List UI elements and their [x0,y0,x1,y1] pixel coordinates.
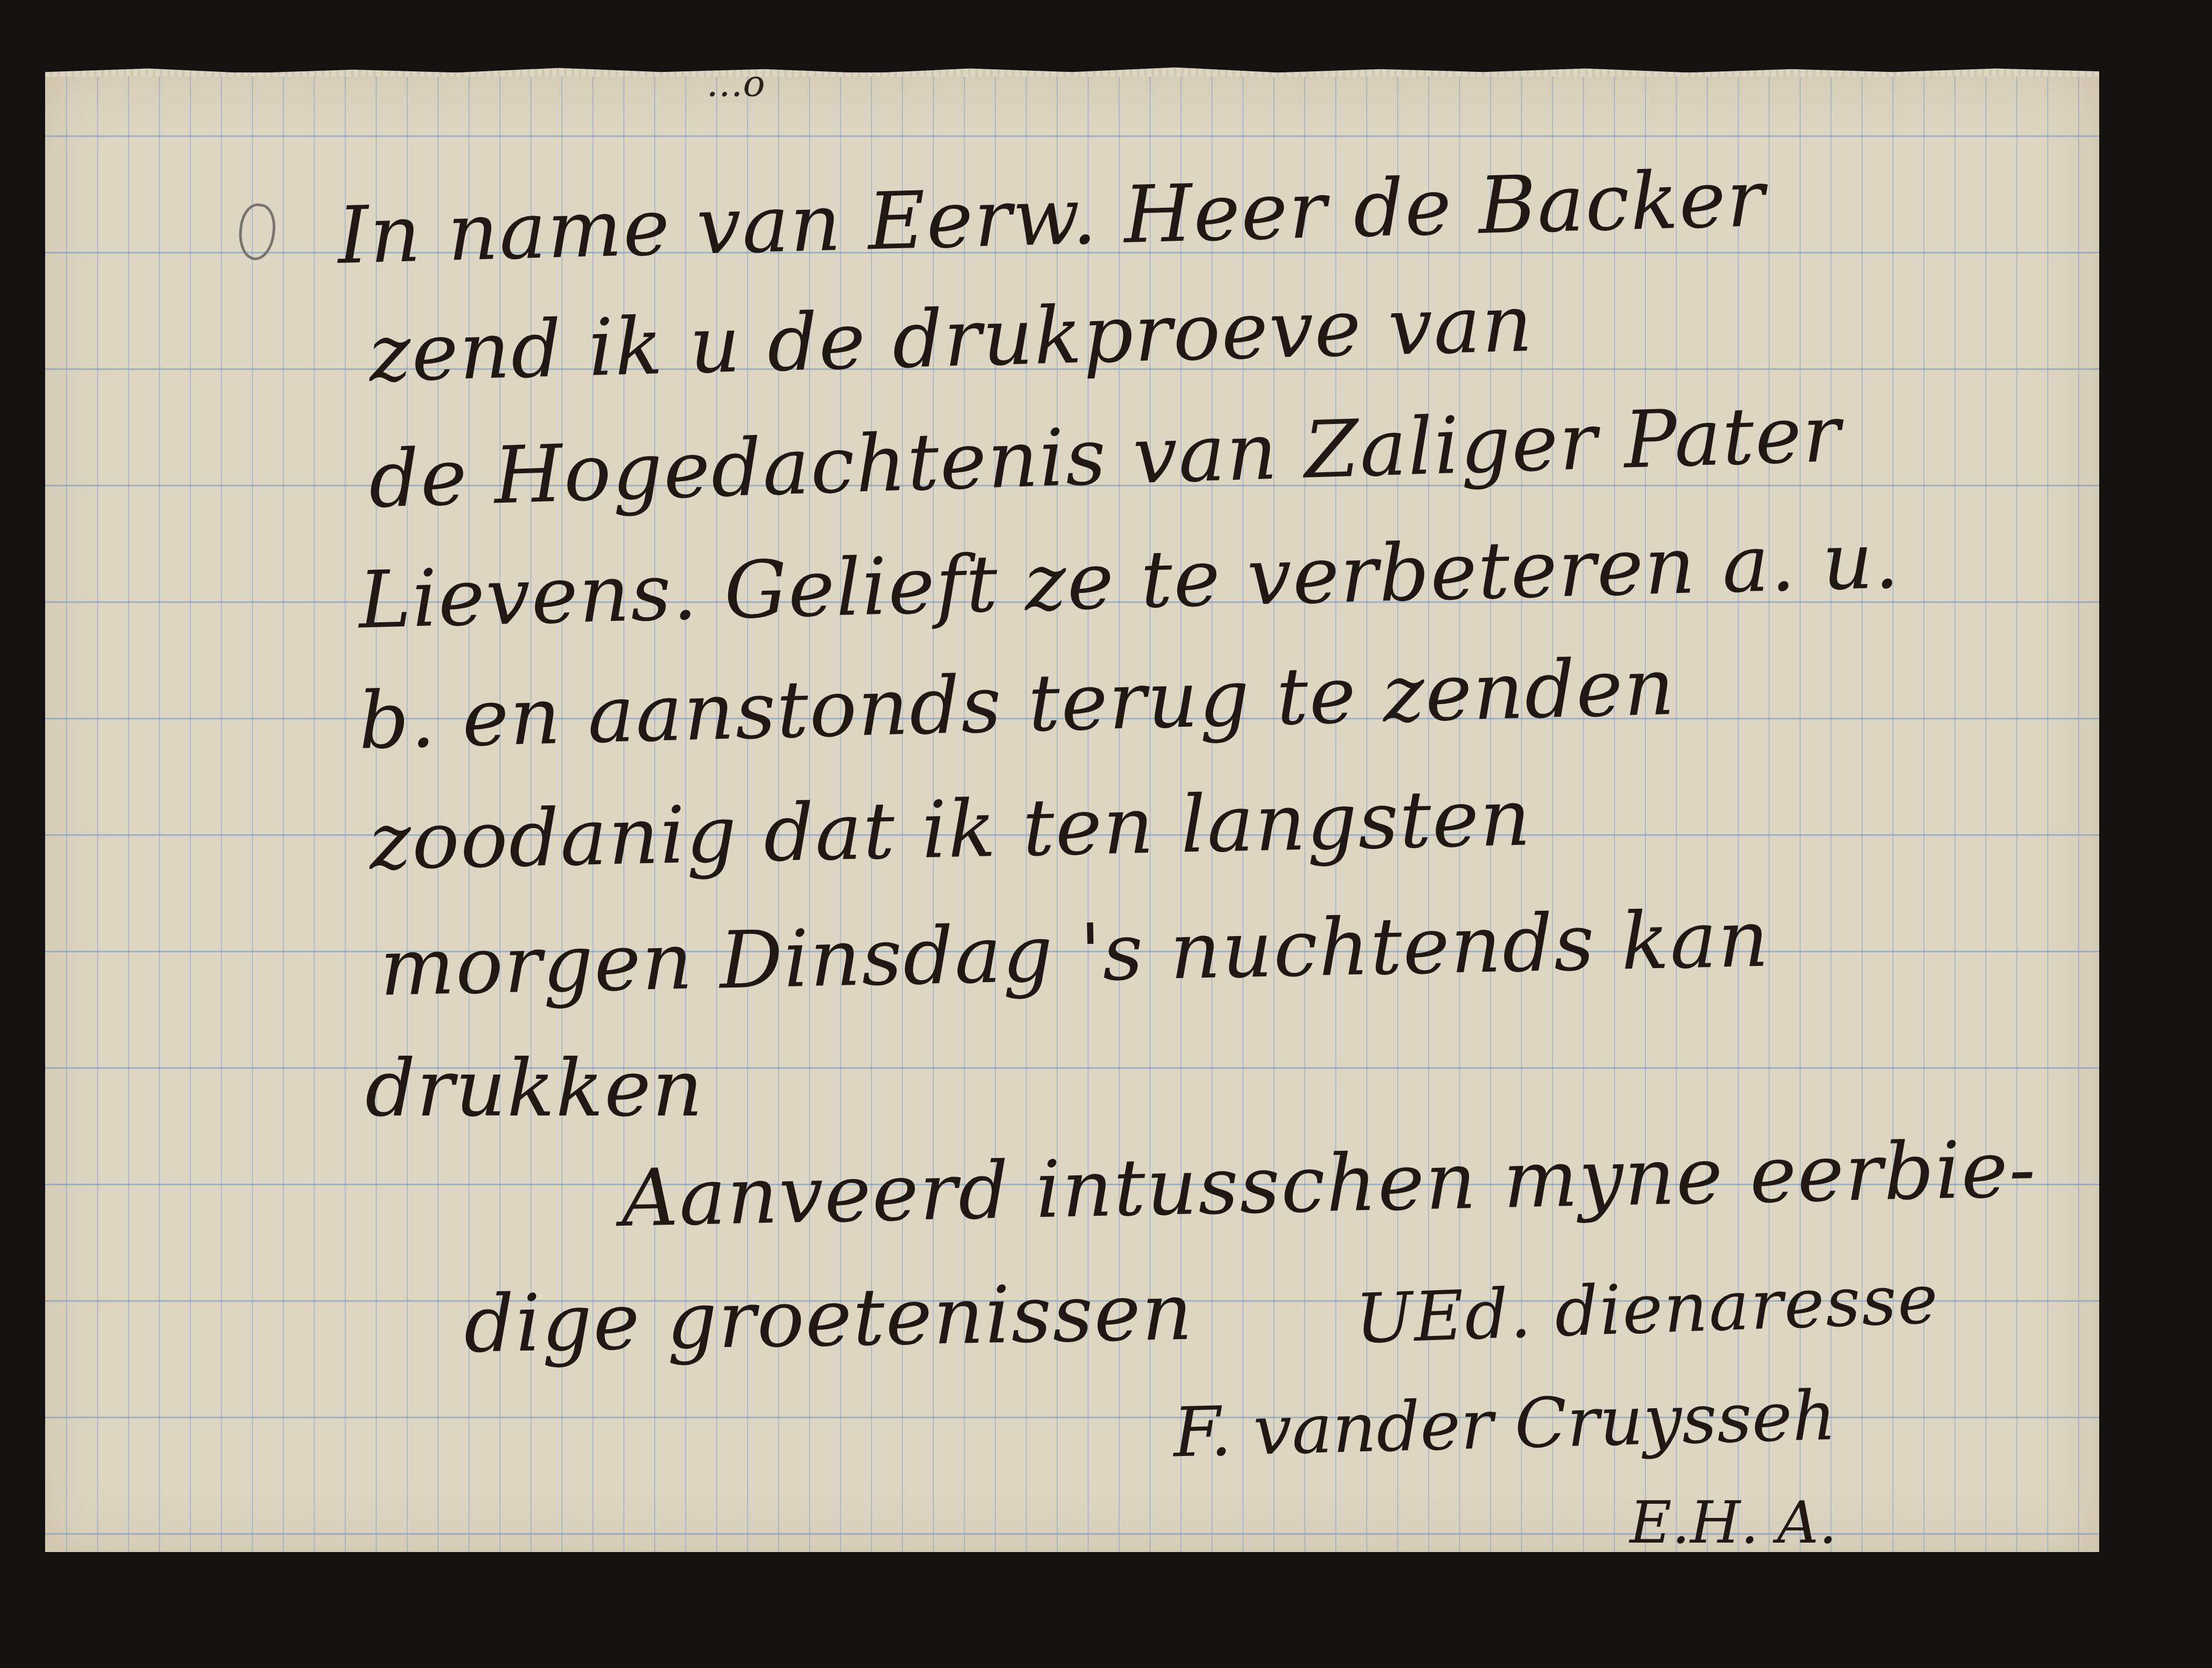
signature-suffix: E.H. A. [1630,1489,1837,1556]
letter-line-2: zend ik u de drukproeve van [368,278,1534,400]
letter-line-5: b. en aanstonds terug te zenden [357,641,1676,767]
letter-line-6: zoodanig dat ik ten langsten [368,772,1532,888]
letter-line-4: Lievens. Gelieft ze te verbeteren a. u. [357,515,1901,646]
letter-line-3: de Hogedachtenis van Zaliger Pater [368,388,1843,526]
letter-paper: …o In name van Eerw. Heer de Backer zend… [45,72,2099,1552]
closing-line-1: Aanveerd intusschen myne eerbie- [620,1124,2037,1245]
closing-line-2: dige groetenissen [463,1267,1194,1370]
signature-name: F. vander Cruysseh [1172,1375,1837,1472]
letter-body: In name van Eerw. Heer de Backer zend ik… [45,72,2099,1552]
letter-line-7: morgen Dinsdag 's nuchtends kan [379,894,1770,1014]
letter-line-8: drukken [365,1043,704,1134]
closing-line-3: UEd. dienaresse [1354,1259,1940,1359]
letter-line-1: In name van Eerw. Heer de Backer [336,153,1767,282]
